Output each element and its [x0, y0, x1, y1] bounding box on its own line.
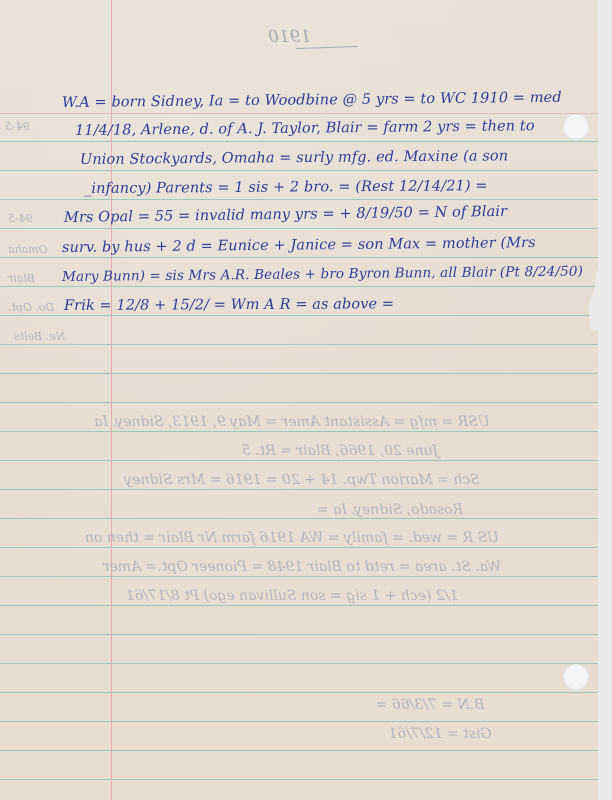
rule-line — [0, 460, 598, 461]
rule-line — [0, 402, 598, 403]
bleed-through-margin-note: 94-5 — [5, 120, 30, 133]
handwritten-line: Frik = 12/8 + 15/2/ = Wm A R = as above … — [64, 296, 394, 314]
rule-line — [0, 170, 598, 171]
rule-line — [0, 518, 598, 519]
handwritten-line: surv. by hus + 2 d = Eunice + Janice = s… — [62, 235, 536, 256]
rule-line — [0, 692, 598, 693]
bleed-through-line: Sch = Marion Twp. 14 + 20 = 1916 = Mrs S… — [82, 472, 522, 488]
rule-line — [0, 141, 598, 142]
rule-line — [0, 286, 598, 287]
bleed-through-margin-note: Blair — [8, 272, 35, 285]
handwritten-line: Union Stockyards, Omaha = surly mfg. ed.… — [80, 148, 508, 168]
bleed-through-line: B.N = 7/3/66 = — [350, 697, 510, 713]
page-edge — [598, 0, 612, 800]
rule-line — [0, 779, 598, 780]
rule-line — [0, 257, 598, 258]
left-margin-line — [111, 0, 112, 800]
bleed-through-margin-note: 94-5 — [8, 212, 33, 225]
handwritten-line: Mary Bunn) = sis Mrs A.R. Beales + bro B… — [62, 264, 583, 285]
bleed-through-margin-note: Ne. Belts — [14, 330, 65, 343]
punch-hole — [563, 664, 589, 690]
handwritten-line: _infancy) Parents = 1 sis + 2 bro. = (Re… — [84, 178, 488, 197]
bleed-through-line: Rosado, Sidney, Ia = — [260, 502, 520, 518]
rule-line — [0, 489, 598, 490]
handwritten-line: W.A = born Sidney, Ia = to Woodbine @ 5 … — [62, 90, 562, 111]
rule-line — [0, 228, 598, 229]
rule-line — [0, 750, 598, 751]
handwritten-line: Mrs Opal = 55 = invalid many yrs = + 8/1… — [64, 204, 507, 226]
rule-line — [0, 373, 598, 374]
rule-line — [0, 199, 598, 200]
bleed-through-line: USR = mfg = Assistant Amer = May 9, 1913… — [62, 414, 522, 430]
bleed-through-line: Gist = 12/7/61 — [370, 726, 510, 742]
rule-line — [0, 634, 598, 635]
rule-line — [0, 547, 598, 548]
bleed-through-line: US R = wed. = family = WA 1916 farm Nr B… — [62, 530, 522, 546]
bleed-through-line: Wa. St. area = retd to Blair 1948 = Pion… — [62, 559, 542, 575]
bleed-through-margin-note: Do. Opt. — [8, 301, 54, 314]
rule-line — [0, 315, 598, 316]
bleed-through-line: 1/2 (ech + 1 sig = son Sullivan ego) Pt … — [62, 588, 522, 604]
rule-line — [0, 605, 598, 606]
top-margin-line — [0, 113, 598, 114]
rule-line — [0, 344, 598, 345]
rule-line — [0, 576, 598, 577]
bleed-through-line: June 20, 1966, Blair = Rt. 5 — [150, 443, 530, 459]
punch-hole — [563, 114, 589, 140]
notebook-page: 1910 USR = mfg = Assistant Amer = May 9,… — [0, 0, 598, 800]
handwritten-line: 11/4/18, Arlene, d. of A. J. Taylor, Bla… — [75, 118, 535, 139]
bleed-through-margin-note: Omaha — [8, 243, 48, 256]
rule-line — [0, 663, 598, 664]
header-year: 1910 — [268, 27, 311, 47]
rule-line — [0, 721, 598, 722]
rule-line — [0, 431, 598, 432]
